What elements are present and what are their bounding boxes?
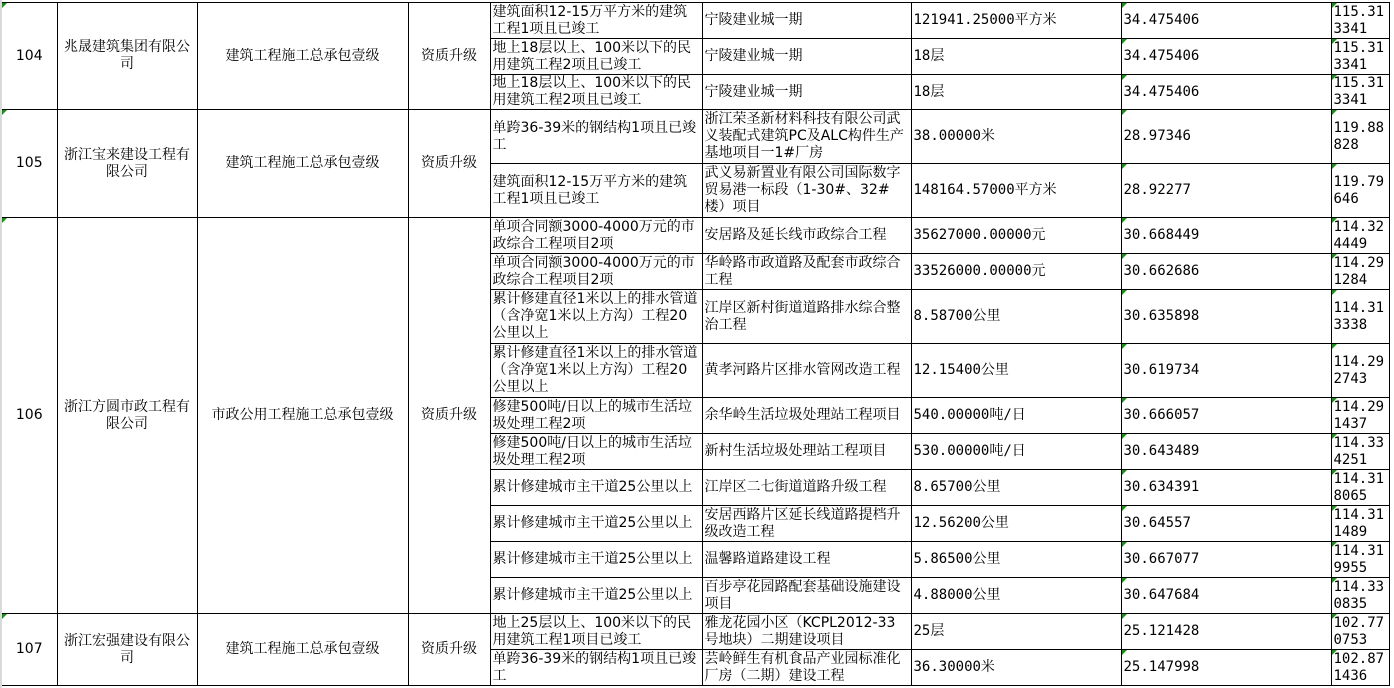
cell-no[interactable]: 105 — [2, 110, 57, 218]
cell-lng[interactable]: 114.292743 — [1331, 344, 1389, 398]
cell-project[interactable]: 浙江荣圣新材料科技有限公司武义装配式建筑PC及ALC构件生产基地项目一1#厂房 — [702, 110, 911, 164]
cell-lng[interactable]: 114.334251 — [1331, 434, 1389, 470]
cell-project[interactable]: 温馨路道路建设工程 — [702, 542, 911, 578]
cell-lng[interactable]: 114.291437 — [1331, 398, 1389, 434]
cell-lng[interactable]: 115.313341 — [1331, 75, 1389, 110]
cell-no[interactable]: 107 — [2, 614, 57, 686]
cell-lng[interactable]: 114.291284 — [1331, 254, 1389, 290]
cell-lat[interactable]: 25.121428 — [1121, 614, 1331, 650]
cell-qualification[interactable]: 建筑工程施工总承包壹级 — [197, 614, 408, 686]
table-row: 107 浙江宏强建设有限公司 建筑工程施工总承包壹级 资质升级 地上25层以上、… — [2, 614, 1389, 650]
cell-lng[interactable]: 119.88828 — [1331, 110, 1389, 164]
cell-value[interactable]: 18层 — [911, 75, 1121, 110]
cell-value[interactable]: 12.56200公里 — [911, 506, 1121, 542]
cell-type[interactable]: 资质升级 — [408, 110, 490, 218]
cell-qualification[interactable]: 市政公用工程施工总承包壹级 — [197, 218, 408, 614]
cell-value[interactable]: 148164.57000平方米 — [911, 164, 1121, 218]
cell-lng[interactable]: 114.319955 — [1331, 542, 1389, 578]
cell-qualification[interactable]: 建筑工程施工总承包壹级 — [197, 110, 408, 218]
cell-lat[interactable]: 30.619734 — [1121, 344, 1331, 398]
cell-value[interactable]: 5.86500公里 — [911, 542, 1121, 578]
cell-lat[interactable]: 30.666057 — [1121, 398, 1331, 434]
cell-project[interactable]: 江岸区二七街道道路升级工程 — [702, 470, 911, 506]
cell-project[interactable]: 宁陵建业城一期 — [702, 75, 911, 110]
qualification-table: 104 兆晟建筑集团有限公司 建筑工程施工总承包壹级 资质升级 建筑面积12-1… — [2, 2, 1390, 686]
cell-lng[interactable]: 115.313341 — [1331, 39, 1389, 75]
cell-requirement[interactable]: 累计修建城市主干道25公里以上 — [490, 542, 702, 578]
cell-requirement[interactable]: 单项合同额3000-4000万元的市政综合工程项目2项 — [490, 218, 702, 254]
cell-requirement[interactable]: 地上18层以上、100米以下的民用建筑工程2项且已竣工 — [490, 75, 702, 110]
cell-lat[interactable]: 25.147998 — [1121, 650, 1331, 686]
cell-requirement[interactable]: 修建500吨/日以上的城市生活垃圾处理工程2项 — [490, 434, 702, 470]
cell-company[interactable]: 浙江方圆市政工程有限公司 — [57, 218, 197, 614]
cell-lng[interactable]: 114.330835 — [1331, 578, 1389, 614]
cell-type[interactable]: 资质升级 — [408, 3, 490, 110]
cell-lat[interactable]: 30.64557 — [1121, 506, 1331, 542]
cell-lat[interactable]: 30.647684 — [1121, 578, 1331, 614]
cell-company[interactable]: 兆晟建筑集团有限公司 — [57, 3, 197, 110]
table-row: 105 浙江宝来建设工程有限公司 建筑工程施工总承包壹级 资质升级 单跨36-3… — [2, 110, 1389, 164]
cell-lat[interactable]: 34.475406 — [1121, 3, 1331, 39]
cell-value[interactable]: 33526000.00000元 — [911, 254, 1121, 290]
cell-requirement[interactable]: 累计修建城市主干道25公里以上 — [490, 578, 702, 614]
cell-value[interactable]: 36.30000米 — [911, 650, 1121, 686]
table-row: 104 兆晟建筑集团有限公司 建筑工程施工总承包壹级 资质升级 建筑面积12-1… — [2, 3, 1389, 39]
cell-requirement[interactable]: 建筑面积12-15万平方米的建筑工程1项且已竣工 — [490, 3, 702, 39]
cell-project[interactable]: 新村生活垃圾处理站工程项目 — [702, 434, 911, 470]
cell-project[interactable]: 江岸区新村街道道路排水综合整治工程 — [702, 290, 911, 344]
cell-lat[interactable]: 30.643489 — [1121, 434, 1331, 470]
cell-company[interactable]: 浙江宏强建设有限公司 — [57, 614, 197, 686]
cell-lat[interactable]: 30.634391 — [1121, 470, 1331, 506]
cell-lat[interactable]: 34.475406 — [1121, 75, 1331, 110]
cell-lng[interactable]: 114.318065 — [1331, 470, 1389, 506]
cell-qualification[interactable]: 建筑工程施工总承包壹级 — [197, 3, 408, 110]
cell-project[interactable]: 百步亭花园路配套基础设施建设项目 — [702, 578, 911, 614]
table-row: 106 浙江方圆市政工程有限公司 市政公用工程施工总承包壹级 资质升级 单项合同… — [2, 218, 1389, 254]
cell-requirement[interactable]: 累计修建直径1米以上的排水管道（含净宽1米以上方沟）工程20公里以上 — [490, 290, 702, 344]
cell-project[interactable]: 安居路及延长线市政综合工程 — [702, 218, 911, 254]
cell-project[interactable]: 宁陵建业城一期 — [702, 3, 911, 39]
cell-lng[interactable]: 114.324449 — [1331, 218, 1389, 254]
cell-type[interactable]: 资质升级 — [408, 614, 490, 686]
cell-lat[interactable]: 30.667077 — [1121, 542, 1331, 578]
cell-requirement[interactable]: 单跨36-39米的钢结构1项且已竣工 — [490, 650, 702, 686]
cell-requirement[interactable]: 建筑面积12-15万平方米的建筑工程1项且已竣工 — [490, 164, 702, 218]
cell-requirement[interactable]: 地上25层以上、100米以下的民用建筑工程1项目已竣工 — [490, 614, 702, 650]
cell-requirement[interactable]: 修建500吨/日以上的城市生活垃圾处理工程2项 — [490, 398, 702, 434]
cell-value[interactable]: 4.88000公里 — [911, 578, 1121, 614]
cell-value[interactable]: 8.58700公里 — [911, 290, 1121, 344]
cell-project[interactable]: 黄孝河路片区排水管网改造工程 — [702, 344, 911, 398]
cell-project[interactable]: 宁陵建业城一期 — [702, 39, 911, 75]
cell-value[interactable]: 18层 — [911, 39, 1121, 75]
cell-lat[interactable]: 28.97346 — [1121, 110, 1331, 164]
cell-project[interactable]: 华岭路市政道路及配套市政综合工程 — [702, 254, 911, 290]
cell-project[interactable]: 武义易新置业有限公司国际数字贸易港一标段（1-30#、32#楼）项目 — [702, 164, 911, 218]
cell-value[interactable]: 540.00000吨/日 — [911, 398, 1121, 434]
cell-lng[interactable]: 102.871436 — [1331, 650, 1389, 686]
cell-lng[interactable]: 114.311489 — [1331, 506, 1389, 542]
cell-value[interactable]: 25层 — [911, 614, 1121, 650]
cell-requirement[interactable]: 累计修建城市主干道25公里以上 — [490, 470, 702, 506]
cell-project[interactable]: 芸岭鲜生有机食品产业园标准化厂房（二期）建设工程 — [702, 650, 911, 686]
cell-lat[interactable]: 34.475406 — [1121, 39, 1331, 75]
cell-value[interactable]: 530.00000吨/日 — [911, 434, 1121, 470]
cell-value[interactable]: 12.15400公里 — [911, 344, 1121, 398]
cell-lng[interactable]: 114.313338 — [1331, 290, 1389, 344]
cell-lat[interactable]: 30.668449 — [1121, 218, 1331, 254]
cell-project[interactable]: 雅龙花园小区（KCPL2012-33号地块）二期建设项目 — [702, 614, 911, 650]
cell-requirement[interactable]: 累计修建城市主干道25公里以上 — [490, 506, 702, 542]
cell-value[interactable]: 121941.25000平方米 — [911, 3, 1121, 39]
cell-lng[interactable]: 102.770753 — [1331, 614, 1389, 650]
cell-requirement[interactable]: 累计修建直径1米以上的排水管道（含净宽1米以上方沟）工程20公里以上 — [490, 344, 702, 398]
cell-project[interactable]: 余华岭生活垃圾处理站工程项目 — [702, 398, 911, 434]
cell-no[interactable]: 106 — [2, 218, 57, 614]
cell-lng[interactable]: 115.313341 — [1331, 3, 1389, 39]
cell-type[interactable]: 资质升级 — [408, 218, 490, 614]
cell-value[interactable]: 38.00000米 — [911, 110, 1121, 164]
cell-lat[interactable]: 28.92277 — [1121, 164, 1331, 218]
cell-lat[interactable]: 30.662686 — [1121, 254, 1331, 290]
cell-no[interactable]: 104 — [2, 3, 57, 110]
cell-value[interactable]: 8.65700公里 — [911, 470, 1121, 506]
cell-company[interactable]: 浙江宝来建设工程有限公司 — [57, 110, 197, 218]
cell-value[interactable]: 35627000.00000元 — [911, 218, 1121, 254]
cell-requirement[interactable]: 单项合同额3000-4000万元的市政综合工程项目2项 — [490, 254, 702, 290]
cell-lat[interactable]: 30.635898 — [1121, 290, 1331, 344]
cell-requirement[interactable]: 地上18层以上、100米以下的民用建筑工程2项且已竣工 — [490, 39, 702, 75]
cell-requirement[interactable]: 单跨36-39米的钢结构1项且已竣工 — [490, 110, 702, 164]
cell-project[interactable]: 安居西路片区延长线道路提档升级改造工程 — [702, 506, 911, 542]
cell-lng[interactable]: 119.79646 — [1331, 164, 1389, 218]
